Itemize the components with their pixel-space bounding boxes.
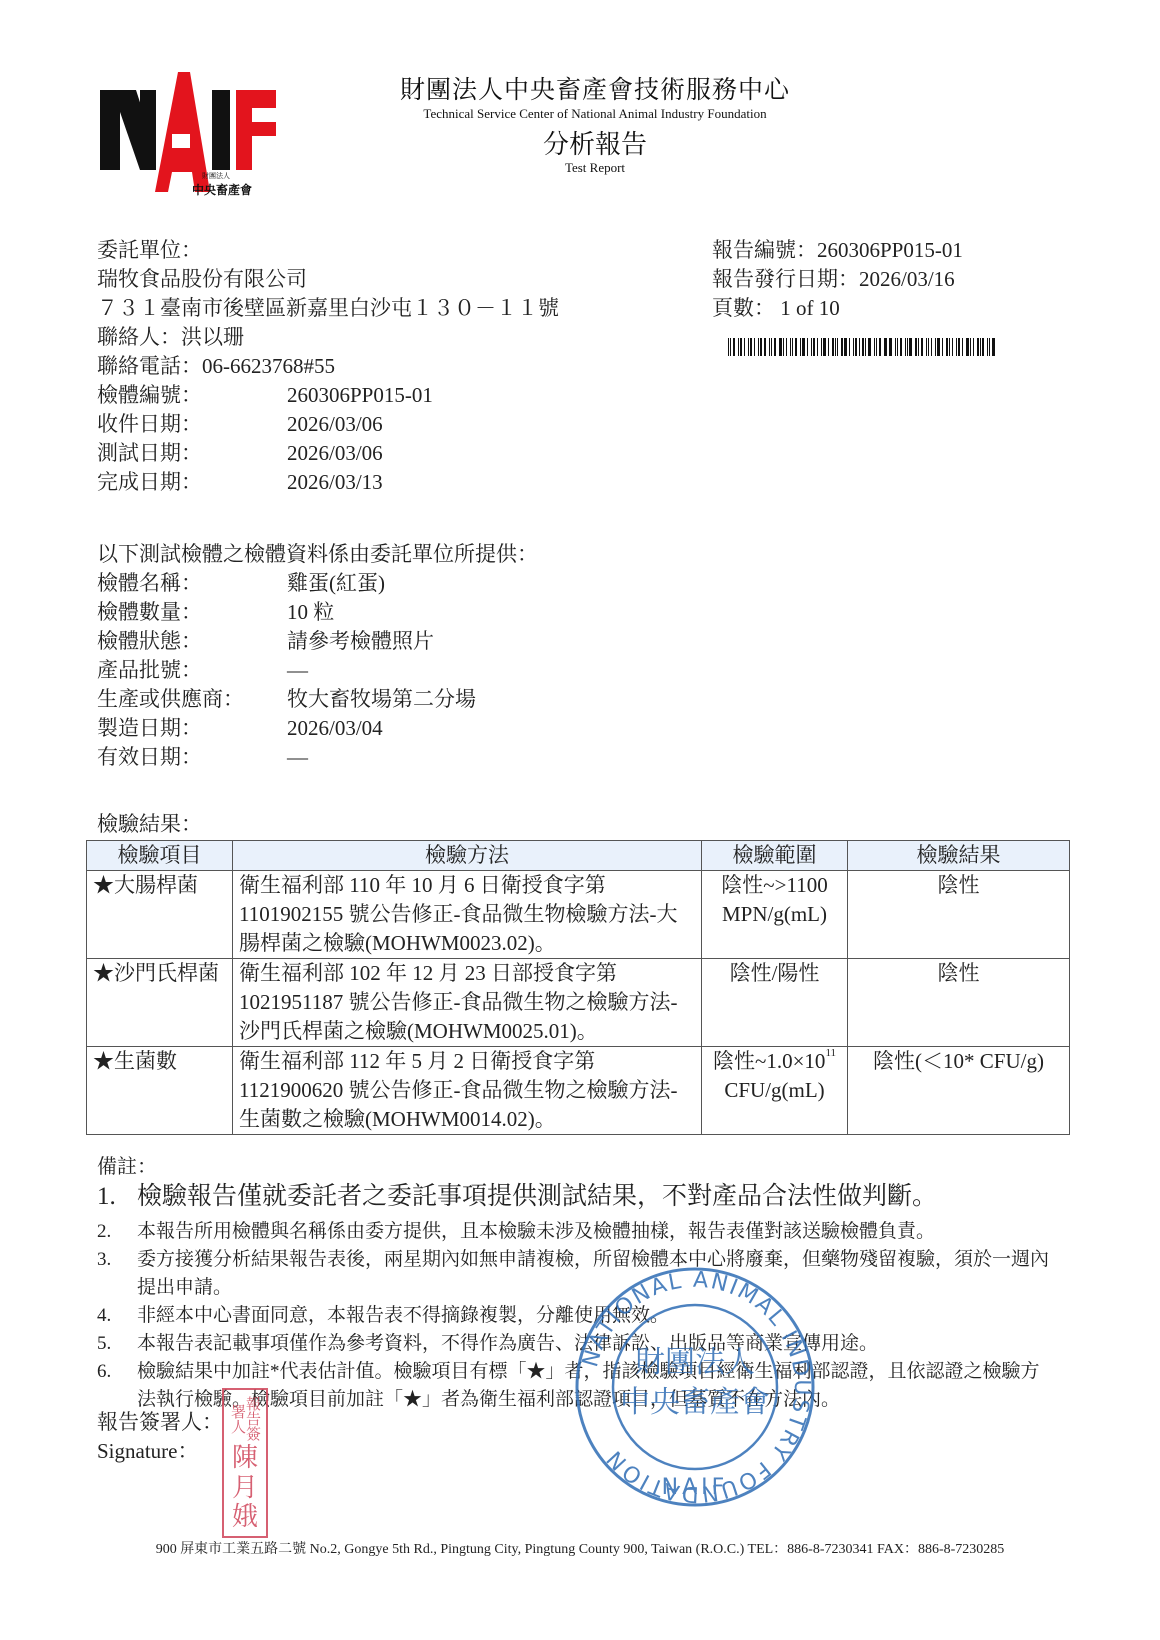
client-phone: 聯絡電話：06-6623768#55 — [97, 352, 559, 381]
cell-method: 衛生福利部 112 年 5 月 2 日衛授食字第 1121900620 號公告修… — [233, 1047, 702, 1135]
svg-text:NAIF: NAIF — [662, 1475, 729, 1500]
footer-address: 900 屏東市工業五路二號 No.2, Gongye 5th Rd., Ping… — [0, 1538, 1160, 1558]
field-sample-quantity: 檢體數量：10 粒 — [97, 598, 538, 627]
barcode-bar — [738, 338, 739, 356]
barcode-bar — [980, 338, 981, 356]
cell-item: ★大腸桿菌 — [87, 871, 233, 959]
barcode-bar — [855, 338, 857, 356]
barcode-bar — [844, 338, 847, 356]
barcode-bar — [956, 338, 958, 356]
barcode-bar — [907, 338, 908, 356]
org-name-en: Technical Service Center of National Ani… — [360, 106, 830, 122]
field-complete-date: 完成日期：2026/03/13 — [97, 468, 559, 497]
barcode-bar — [817, 338, 818, 356]
table-header-row: 檢驗項目 檢驗方法 檢驗範圍 檢驗結果 — [87, 841, 1070, 871]
barcode-bar — [889, 338, 892, 356]
barcode-bar — [821, 338, 822, 356]
field-sample-no: 檢體編號：260306PP015-01 — [97, 381, 559, 410]
barcode-bar — [853, 338, 854, 356]
barcode-bar — [744, 338, 745, 356]
cell-method: 衛生福利部 110 年 10 月 6 日衛授食字第 1101902155 號公告… — [233, 871, 702, 959]
results-title: 檢驗結果： — [97, 808, 202, 838]
org-seal-icon: NATIONAL ANIMAL INDUSTRY FOUNDATION 財團法人… — [570, 1262, 820, 1512]
table-row: ★沙門氏桿菌 衛生福利部 102 年 12 月 23 日部授食字第 102195… — [87, 959, 1070, 1047]
barcode-bar — [949, 338, 950, 356]
field-supplier: 生產或供應商：牧大畜牧場第二分場 — [97, 685, 538, 714]
barcode-bar — [970, 338, 971, 356]
table-row: ★大腸桿菌 衛生福利部 110 年 10 月 6 日衛授食字第 11019021… — [87, 871, 1070, 959]
barcode-bar — [750, 338, 752, 356]
signature-label-en: Signature： — [97, 1437, 223, 1466]
report-issue-date: 報告發行日期：2026/03/16 — [712, 265, 963, 294]
barcode-bar — [897, 338, 898, 356]
barcode-bar — [992, 338, 995, 356]
client-label: 委託單位： — [97, 236, 559, 265]
cell-result: 陰性(＜10* CFU/g) — [848, 1047, 1070, 1135]
client-address: ７３１臺南市後壁區新嘉里白沙屯１３０－１１號 — [97, 294, 559, 323]
naif-logo: 財團法人 中央畜產會 — [100, 72, 280, 202]
results-table: 檢驗項目 檢驗方法 檢驗範圍 檢驗結果 ★大腸桿菌 衛生福利部 110 年 10… — [86, 840, 1070, 1135]
field-batch-no: 產品批號：— — [97, 656, 538, 685]
report-title-en: Test Report — [360, 160, 830, 176]
barcode-bar — [828, 338, 829, 356]
barcode-bar — [868, 338, 871, 356]
barcode-bar — [795, 338, 797, 356]
barcode-bar — [982, 338, 984, 356]
barcode-bar — [832, 338, 834, 356]
barcode — [728, 338, 998, 356]
client-contact: 聯絡人：洪以珊 — [97, 323, 559, 352]
svg-text:財團法人: 財團法人 — [202, 171, 230, 180]
barcode-bar — [905, 338, 906, 356]
field-receive-date: 收件日期：2026/03/06 — [97, 410, 559, 439]
barcode-bar — [859, 338, 860, 356]
barcode-bar — [837, 338, 838, 356]
barcode-bar — [740, 338, 743, 356]
barcode-bar — [928, 338, 929, 356]
note-item: 2. 本報告所用檢體與名稱係由委方提供，且本檢驗未涉及檢體抽樣，報告表僅對該送驗… — [97, 1218, 1057, 1246]
barcode-bar — [835, 338, 836, 356]
header-result: 檢驗結果 — [848, 841, 1070, 871]
cell-item: ★生菌數 — [87, 1047, 233, 1135]
barcode-bar — [874, 338, 875, 356]
signer-seal: 報告簽署人 陳 月 娥 — [222, 1388, 268, 1538]
barcode-bar — [774, 338, 776, 356]
report-meta: 報告編號：260306PP015-01 報告發行日期：2026/03/16 頁數… — [712, 236, 963, 323]
cell-result: 陰性 — [848, 959, 1070, 1047]
notes-title: 備註： — [97, 1150, 157, 1179]
barcode-bar — [779, 338, 782, 356]
barcode-bar — [946, 338, 948, 356]
barcode-bar — [733, 338, 735, 356]
barcode-bar — [823, 338, 826, 356]
barcode-bar — [884, 338, 885, 356]
barcode-bar — [977, 338, 979, 356]
barcode-bar — [783, 338, 784, 356]
cell-range: 陰性~1.0×1011 CFU/g(mL) — [702, 1047, 848, 1135]
field-sample-name: 檢體名稱：雞蛋(紅蛋) — [97, 569, 538, 598]
page-count: 頁數： 1 of 10 — [712, 294, 963, 323]
barcode-bar — [973, 338, 974, 356]
barcode-bar — [764, 338, 766, 356]
cell-range: 陰性/陽性 — [702, 959, 848, 1047]
barcode-bar — [790, 338, 791, 356]
barcode-bar — [730, 338, 731, 356]
svg-text:中央畜產會: 中央畜產會 — [620, 1385, 770, 1420]
svg-text:中央畜產會: 中央畜產會 — [192, 182, 252, 197]
barcode-bar — [952, 338, 953, 356]
header-range: 檢驗範圍 — [702, 841, 848, 871]
barcode-bar — [885, 338, 887, 356]
cell-range: 陰性~>1100 MPN/g(mL) — [702, 871, 848, 959]
barcode-bar — [813, 338, 815, 356]
field-test-date: 測試日期：2026/03/06 — [97, 439, 559, 468]
barcode-bar — [879, 338, 881, 356]
field-sample-status: 檢體狀態：請參考檢體照片 — [97, 627, 538, 656]
client-company: 瑞牧食品股份有限公司 — [97, 265, 559, 294]
barcode-bar — [989, 338, 990, 356]
barcode-bar — [865, 338, 866, 356]
barcode-bar — [769, 338, 770, 356]
header-method: 檢驗方法 — [233, 841, 702, 871]
barcode-bar — [728, 338, 729, 356]
barcode-bar — [931, 338, 933, 356]
barcode-bar — [748, 338, 749, 356]
signature-block: 報告簽署人： Signature： — [97, 1408, 223, 1466]
barcode-bar — [921, 338, 923, 356]
note-item: 1. 檢驗報告僅就委託者之委託事項提供測試結果，不對產品合法性做判斷。 — [97, 1180, 937, 1214]
barcode-bar — [771, 338, 772, 356]
barcode-bar — [937, 338, 940, 356]
barcode-bar — [841, 338, 843, 356]
barcode-bar — [942, 338, 943, 356]
barcode-bar — [909, 338, 912, 356]
svg-text:財團法人: 財團法人 — [635, 1345, 755, 1380]
report-title-zh: 分析報告 — [360, 124, 830, 161]
sample-info: 以下測試檢體之檢體資料係由委託單位所提供： 檢體名稱：雞蛋(紅蛋) 檢體數量：1… — [97, 540, 538, 772]
barcode-bar — [966, 338, 969, 356]
org-name-zh: 財團法人中央畜產會技術服務中心 — [360, 70, 830, 106]
barcode-bar — [792, 338, 793, 356]
barcode-bar — [807, 338, 808, 356]
table-row: ★生菌數 衛生福利部 112 年 5 月 2 日衛授食字第 1121900620… — [87, 1047, 1070, 1135]
barcode-bar — [760, 338, 763, 356]
signature-label-zh: 報告簽署人： — [97, 1408, 223, 1437]
barcode-bar — [962, 338, 963, 356]
barcode-bar — [987, 338, 988, 356]
header-item: 檢驗項目 — [87, 841, 233, 871]
field-expiry-date: 有效日期：— — [97, 743, 538, 772]
barcode-bar — [895, 338, 896, 356]
barcode-bar — [786, 338, 788, 356]
barcode-bar — [758, 338, 759, 356]
cell-method: 衛生福利部 102 年 12 月 23 日部授食字第 1021951187 號公… — [233, 959, 702, 1047]
naif-logo-icon: 財團法人 中央畜產會 — [100, 72, 280, 202]
client-info: 委託單位： 瑞牧食品股份有限公司 ７３１臺南市後壁區新嘉里白沙屯１３０－１１號 … — [97, 236, 559, 497]
barcode-bar — [926, 338, 927, 356]
barcode-bar — [935, 338, 936, 356]
report-number: 報告編號：260306PP015-01 — [712, 236, 963, 265]
barcode-bar — [900, 338, 902, 356]
barcode-bar — [862, 338, 864, 356]
field-manufacture-date: 製造日期：2026/03/04 — [97, 714, 538, 743]
barcode-bar — [918, 338, 919, 356]
organization-seal: NATIONAL ANIMAL INDUSTRY FOUNDATION 財團法人… — [570, 1262, 820, 1512]
barcode-bar — [811, 338, 813, 356]
barcode-bar — [915, 338, 917, 356]
cell-item: ★沙門氏桿菌 — [87, 959, 233, 1047]
barcode-bar — [876, 338, 877, 356]
barcode-bar — [802, 338, 805, 356]
barcode-bar — [849, 338, 850, 356]
barcode-bar — [958, 338, 960, 356]
cell-result: 陰性 — [848, 871, 1070, 959]
barcode-bar — [754, 338, 755, 356]
barcode-bar — [800, 338, 801, 356]
sample-intro: 以下測試檢體之檢體資料係由委託單位所提供： — [97, 540, 538, 569]
